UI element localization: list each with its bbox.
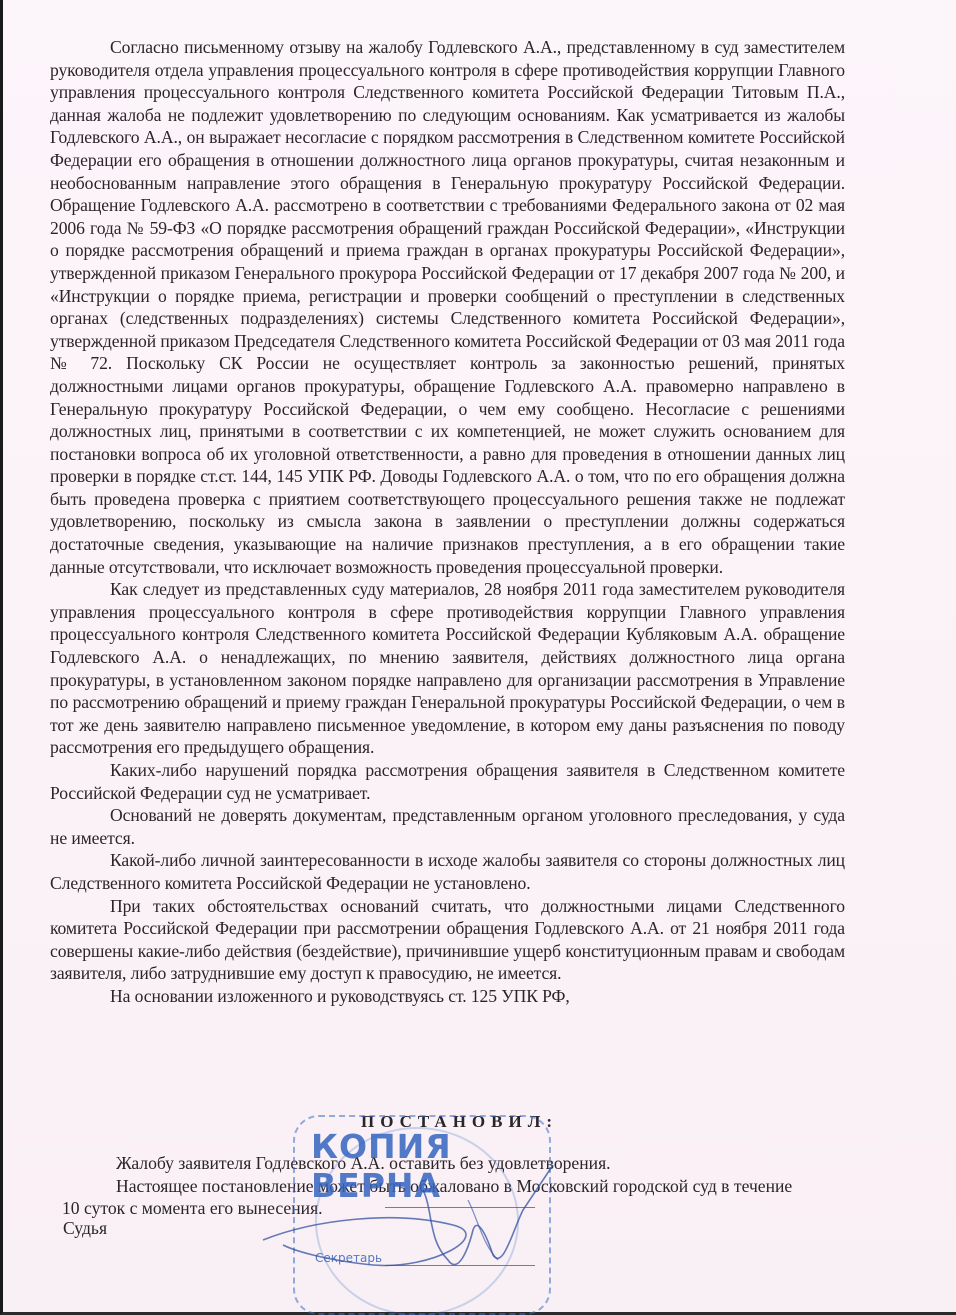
- decree-heading: ПОСТАНОВИЛ:: [361, 1112, 558, 1132]
- paragraph-objection-review: Согласно письменному отзыву на жалобу Го…: [50, 36, 845, 578]
- paragraph-case-materials: Как следует из представленных суду матер…: [50, 578, 845, 759]
- stamp-secretary-line: [385, 1265, 535, 1266]
- paragraph-conclusion: При таких обстоятельствах оснований счит…: [50, 895, 845, 985]
- paragraph-trust-documents: Оснований не доверять документам, предст…: [50, 804, 845, 849]
- paragraph-no-interest: Какой-либо личной заинтересованности в и…: [50, 849, 845, 894]
- stamp-secretary-label: Секретарь: [315, 1251, 382, 1265]
- document-body: Согласно письменному отзыву на жалобу Го…: [50, 36, 845, 1008]
- resolution-appeal-term: 10 суток с момента его вынесения.: [50, 1197, 850, 1220]
- scanned-document-page: Согласно письменному отзыву на жалобу Го…: [0, 0, 956, 1315]
- resolution-appeal: Настоящее постановление может быть обжал…: [50, 1175, 850, 1198]
- resolution-block: Жалобу заявителя Годлевского А.А. остави…: [50, 1152, 850, 1220]
- resolution-dismissal: Жалобу заявителя Годлевского А.А. остави…: [50, 1152, 850, 1175]
- paragraph-legal-basis: На основании изложенного и руководствуяс…: [50, 985, 845, 1008]
- paragraph-no-violations: Каких-либо нарушений порядка рассмотрени…: [50, 759, 845, 804]
- judge-label: Судья: [63, 1218, 107, 1239]
